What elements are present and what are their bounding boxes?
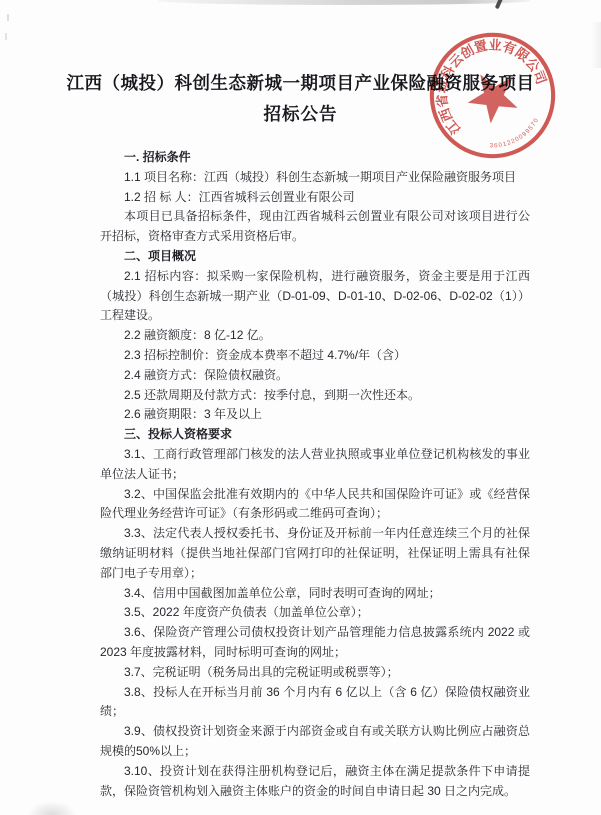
title-line-1: 江西（城投）科创生态新城一期项目产业保险融资服务项目 [0,70,601,97]
section-heading: 二、项目概况 [100,247,530,267]
scan-edge-mark [7,14,9,21]
body-paragraph: 本项目已具备招标条件，现由江西省城科云创置业有限公司对该项目进行公开招标，资格审… [100,207,530,247]
body-paragraph: 2.4 融资方式：保险债权融资。 [100,366,530,386]
body-paragraph: 2.1 招标内容：拟采购一家保险机构，进行融资服务，资金主要是用于江西（城投）科… [100,267,530,326]
body-paragraph: 1.1 项目名称：江西（城投）科创生态新城一期项目产业保险融资服务项目 [100,168,530,188]
body-paragraph: 3.7、完税证明（税务局出具的完税证明或税票等）； [100,663,530,683]
section-heading: 一. 招标条件 [100,148,530,168]
body-paragraph: 3.4、信用中国截图加盖单位公章，同时表明可查询的网址； [100,584,530,604]
body-paragraph: 3.3、法定代表人授权委托书、身份证及开标前一年内任意连续三个月的社保缴纳证明材… [100,524,530,583]
scanned-document-page: 江西（城投）科创生态新城一期项目产业保险融资服务项目 招标公告 一. 招标条件 … [0,0,601,815]
body-paragraph: 2.5 还款周期及付款方式：按季付息，到期一次性还本。 [100,386,530,406]
scan-shadow-artifact [28,801,76,815]
scan-edge-mark [5,33,7,40]
body-paragraph: 3.9、债权投资计划资金来源于内部资金或自有或关联方认购比例应占融资总规模的50… [100,722,530,762]
body-paragraph: 3.6、保险资产管理公司债权投资计划产品管理能力信息披露系统内 2022 或 2… [100,623,530,663]
document-title: 江西（城投）科创生态新城一期项目产业保险融资服务项目 招标公告 [0,0,601,132]
body-paragraph: 3.2、中国保监会批准有效期内的《中华人民共和国保险许可证》或《经营保险代理业务… [100,485,530,525]
body-paragraph: 3.8、投标人在开标当月前 36 个月内有 6 亿以上（含 6 亿）保险债权融资… [100,683,530,723]
body-paragraph: 2.2 融资额度：8 亿-12 亿。 [100,326,530,346]
body-paragraph: 2.6 融资期限：3 年及以上 [100,405,530,425]
document-body: 一. 招标条件 1.1 项目名称：江西（城投）科创生态新城一期项目产业保险融资服… [100,148,530,801]
body-paragraph: 2.3 招标控制价：资金成本费率不超过 4.7%/年（含） [100,346,530,366]
body-paragraph: 3.10、投资计划在获得注册机构登记后，融资主体在满足提款条件下申请提款，保险资… [100,762,530,802]
title-line-2: 招标公告 [0,97,601,132]
section-heading: 三、投标人资格要求 [100,425,530,445]
body-paragraph: 1.2 招 标 人：江西省城科云创置业有限公司 [100,188,530,208]
scan-edge-artifact [591,22,601,68]
body-paragraph: 3.1、工商行政管理部门核发的法人营业执照或事业单位登记机构核发的事业单位法人证… [100,445,530,485]
body-paragraph: 3.5、2022 年度资产负债表（加盖单位公章）； [100,603,530,623]
